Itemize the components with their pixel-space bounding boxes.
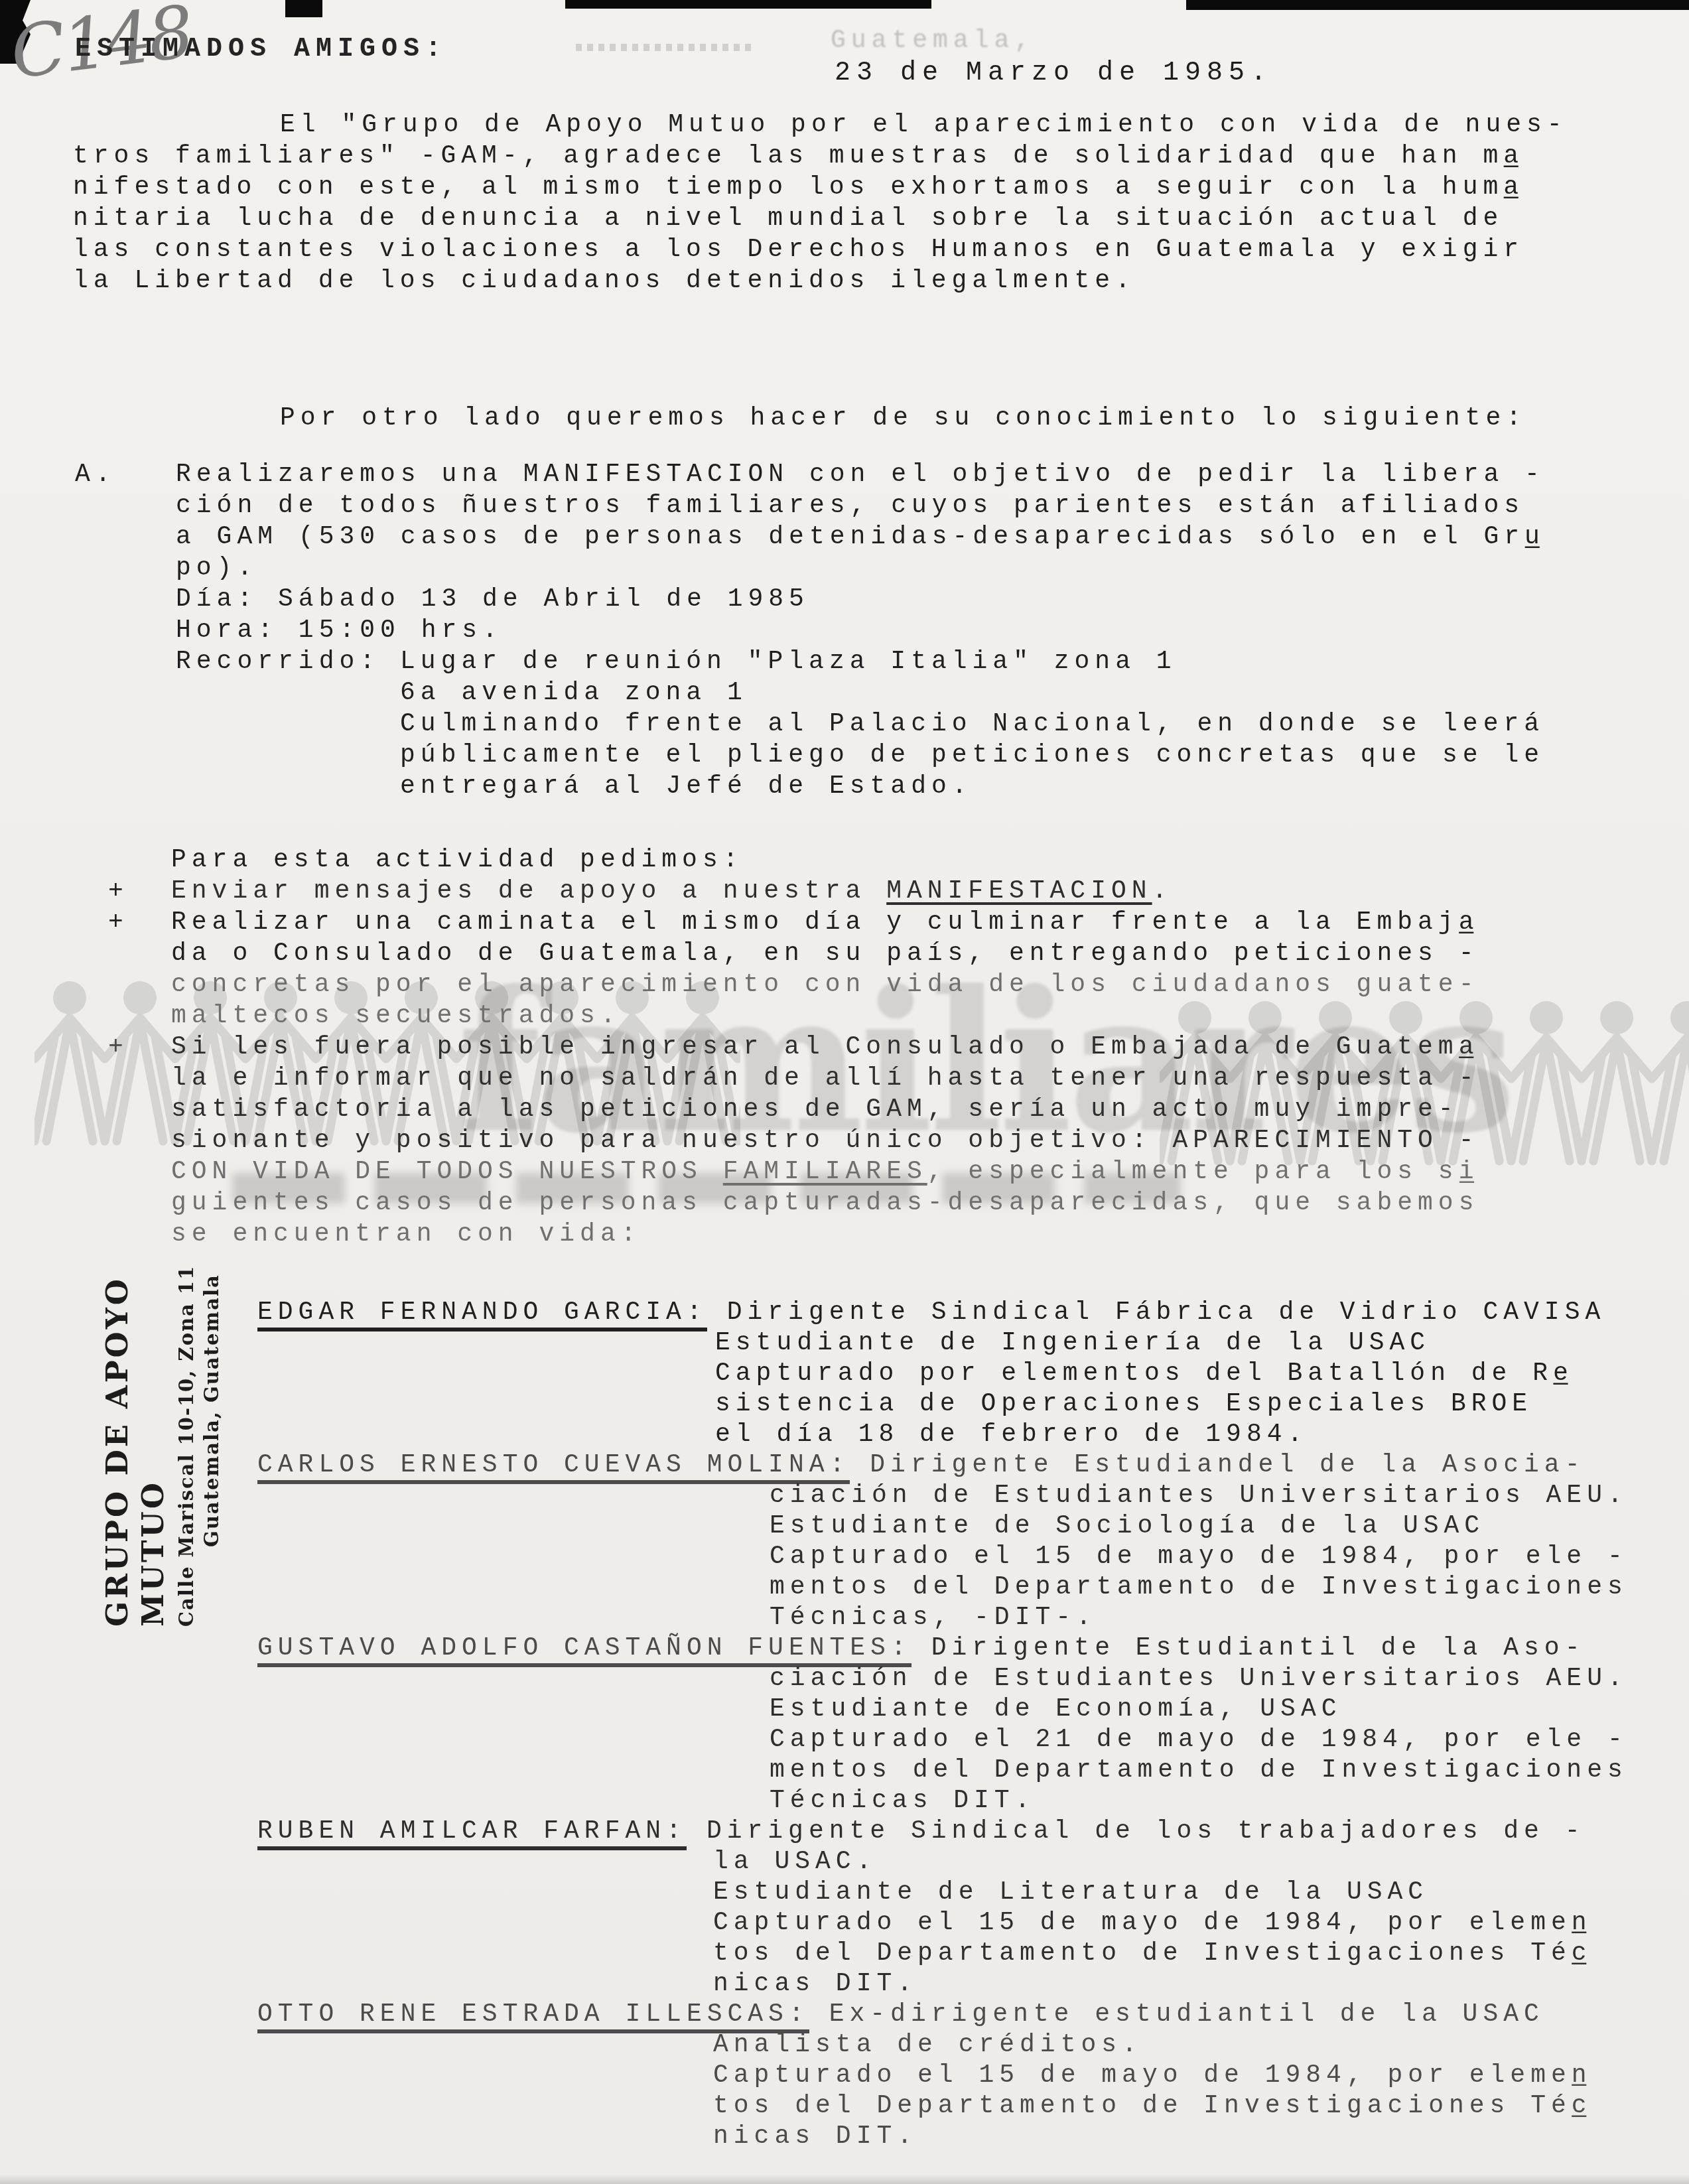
route-row: Recorrido: Lugar de reunión "Plaza Itali… xyxy=(176,646,1658,802)
case-entry: CARLOS ERNESTO CUEVAS MOLINA:Dirigente E… xyxy=(257,1450,1658,1633)
plus-bullet-icon: + xyxy=(73,907,171,1032)
case-first-line: Dirigente Sindical Fábrica de Vidrio CAV… xyxy=(727,1298,1606,1327)
case-details: Estudiante de Ingeniería de la USAC Capt… xyxy=(715,1328,1658,1450)
petition-text: Realizar una caminata el mismo día y cul… xyxy=(171,907,1658,1032)
case-person-name: OTTO RENE ESTRADA ILLESCAS: xyxy=(257,2000,809,2033)
faded-smudge xyxy=(576,44,756,51)
intro-paragraph: El "Grupo de Apoyo Mutuo por el aparecim… xyxy=(73,109,1658,297)
section-a-content: Realizaremos una MANIFESTACION con el ob… xyxy=(176,459,1658,802)
petition-item: + Si les fuera posible ingresar al Consu… xyxy=(73,1032,1658,1250)
case-person-name: CARLOS ERNESTO CUEVAS MOLINA: xyxy=(257,1451,850,1484)
petition-text: Si les fuera posible ingresar al Consula… xyxy=(171,1032,1658,1250)
section-a-marker: A. xyxy=(73,459,176,802)
letterhead-vertical: GRUPO DE APOYO MUTUO Calle Mariscal 10-1… xyxy=(100,1138,224,1627)
scan-artifact-strip xyxy=(565,0,931,9)
case-person-name: EDGAR FERNANDO GARCIA: xyxy=(257,1298,707,1331)
case-first-line: Dirigente Estudiantil de la Aso- xyxy=(931,1634,1586,1663)
case-person-name: GUSTAVO ADOLFO CASTAÑON FUENTES: xyxy=(257,1634,912,1667)
scan-artifact-strip xyxy=(1186,0,1689,10)
petitions-heading: Para esta actividad pedimos: xyxy=(171,845,1658,876)
date-line: 23 de Marzo de 1985. xyxy=(835,58,1272,88)
petition-text-segment: CON VIDA DE TODOS NUESTROS xyxy=(171,1158,723,1186)
scan-edge-shadow xyxy=(0,2175,1689,2184)
route-label: Recorrido: xyxy=(176,646,380,802)
petition-text-caps: CON VIDA DE TODOS NUESTROS FAMILIARES, e… xyxy=(171,1156,1658,1250)
faded-place-line: Guatemala, xyxy=(831,27,1035,55)
case-entry: EDGAR FERNANDO GARCIA:Dirigente Sindical… xyxy=(257,1298,1658,1450)
case-head: CARLOS ERNESTO CUEVAS MOLINA:Dirigente E… xyxy=(257,1450,1658,1481)
case-entry: OTTO RENE ESTRADA ILLESCAS:Ex-dirigente … xyxy=(257,2000,1658,2152)
petition-text-faded: concretas por el aparecimiento con vida … xyxy=(171,969,1658,1032)
scan-artifact-strip xyxy=(285,0,322,17)
petition-text-segment: Realizar una caminata el mismo día y cul… xyxy=(171,907,1658,969)
case-first-line: Dirigente Estudiandel de la Asocia- xyxy=(870,1451,1585,1479)
petition-text-segment: . xyxy=(1152,877,1173,906)
org-name: GRUPO DE APOYO MUTUO xyxy=(100,1138,171,1627)
case-first-line: Ex-dirigente estudiantil de la USAC xyxy=(829,2000,1544,2029)
case-head: RUBEN AMILCAR FARFAN:Dirigente Sindical … xyxy=(257,1816,1658,1847)
letter-body: El "Grupo de Apoyo Mutuo por el aparecim… xyxy=(73,109,1658,2152)
petition-text-segment: Enviar mensajes de apoyo a nuestra xyxy=(171,877,886,906)
petition-item: + Enviar mensajes de apoyo a nuestra MAN… xyxy=(73,876,1658,907)
cases-list: EDGAR FERNANDO GARCIA:Dirigente Sindical… xyxy=(257,1298,1658,2152)
route-details: Lugar de reunión "Plaza Italia" zona 1 6… xyxy=(400,646,1544,802)
petition-text-underlined: FAMILIARES xyxy=(723,1158,927,1186)
case-details: la USAC. Estudiante de Literatura de la … xyxy=(713,1847,1658,2000)
transition-paragraph: Por otro lado queremos hacer de su conoc… xyxy=(73,403,1658,434)
case-entry: RUBEN AMILCAR FARFAN:Dirigente Sindical … xyxy=(257,1816,1658,2000)
case-head: OTTO RENE ESTRADA ILLESCAS:Ex-dirigente … xyxy=(257,2000,1658,2030)
salutation: ESTIMADOS AMIGOS: xyxy=(75,34,447,64)
event-time-line: Hora: 15:00 hrs. xyxy=(176,615,1658,646)
scanned-letter-page: familiares C148 ESTIMADOS AMIGOS: Guatem… xyxy=(0,0,1689,2184)
case-details: ciación de Estudiantes Universitarios AE… xyxy=(770,1664,1658,1816)
section-a: A. Realizaremos una MANIFESTACION con el… xyxy=(73,459,1658,802)
case-person-name: RUBEN AMILCAR FARFAN: xyxy=(257,1817,687,1850)
event-day-line: Día: Sábado 13 de Abril de 1985 xyxy=(176,584,1658,615)
org-address: Calle Mariscal 10-10, Zona 11 xyxy=(174,1138,199,1627)
org-city: Guatemala, Guatemala xyxy=(199,1138,224,1627)
plus-bullet-icon: + xyxy=(73,876,171,907)
case-details: ciación de Estudiantes Universitarios AE… xyxy=(770,1481,1658,1633)
case-head: GUSTAVO ADOLFO CASTAÑON FUENTES:Dirigent… xyxy=(257,1633,1658,1664)
petition-text-underlined: MANIFESTACION xyxy=(886,877,1152,906)
manifestation-paragraph: Realizaremos una MANIFESTACION con el ob… xyxy=(176,459,1658,584)
case-entry: GUSTAVO ADOLFO CASTAÑON FUENTES:Dirigent… xyxy=(257,1633,1658,1816)
petition-item: + Realizar una caminata el mismo día y c… xyxy=(73,907,1658,1032)
petition-text: Enviar mensajes de apoyo a nuestra MANIF… xyxy=(171,876,1658,907)
case-details: Analista de créditos. Capturado el 15 de… xyxy=(713,2030,1658,2152)
case-head: EDGAR FERNANDO GARCIA:Dirigente Sindical… xyxy=(257,1298,1658,1328)
case-first-line: Dirigente Sindical de los trabajadores d… xyxy=(707,1817,1586,1846)
petition-text-segment: Si les fuera posible ingresar al Consula… xyxy=(171,1032,1658,1156)
